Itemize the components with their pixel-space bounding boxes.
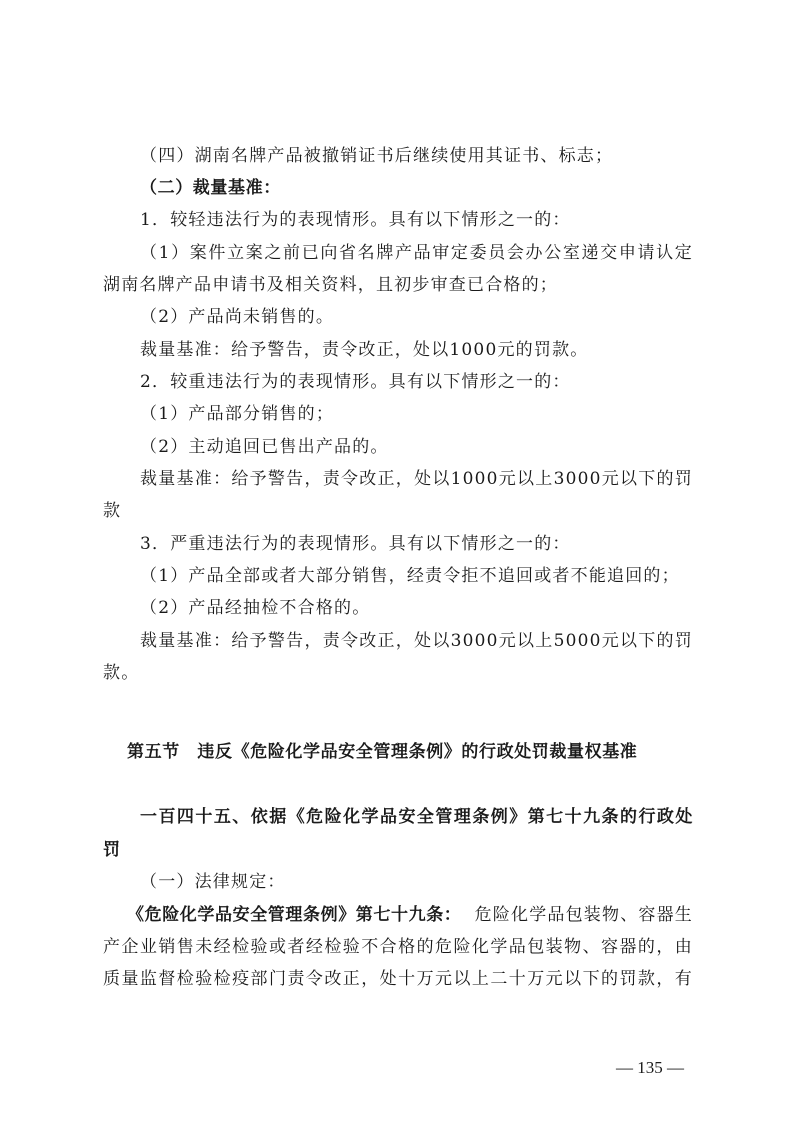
paragraph-line: 款 (103, 501, 121, 521)
paragraph-line: 湖南名牌产品申请书及相关资料，且初步审查已合格的； (103, 275, 558, 295)
article-heading: 一百四十五、依据《危险化学品安全管理条例》第七十九条的行政处 (140, 807, 693, 827)
paragraph-line: 2．较重违法行为的表现情形。具有以下情形之一的： (140, 372, 571, 392)
article-heading-continued: 罚 (103, 840, 121, 860)
legal-provision-label: （一）法律规定： (140, 872, 286, 892)
paragraph-line: 裁量基准：给予警告，责令改正，处以1000元的罚款。 (140, 340, 588, 360)
paragraph-line: （1）案件立案之前已向省名牌产品审定委员会办公室递交申请认定 (140, 243, 693, 263)
section-heading: 第五节 违反《危险化学品安全管理条例》的行政处罚裁量权基准 (127, 742, 637, 762)
provision-line-1: 《危险化学品安全管理条例》第七十九条： 危险化学品包装物、容器生 (127, 905, 693, 925)
paragraph-line: （2）产品经抽检不合格的。 (140, 598, 370, 618)
provision-text: 危险化学品包装物、容器生 (475, 905, 693, 925)
paragraph-line: 3．严重违法行为的表现情形。具有以下情形之一的： (140, 534, 571, 554)
paragraph-line: （2）产品尚未销售的。 (140, 307, 334, 327)
paragraph-line: （四）湖南名牌产品被撤销证书后继续使用其证书、标志； (140, 146, 613, 166)
subsection-heading: （二）裁量基准： (140, 178, 281, 198)
paragraph-line: 裁量基准：给予警告，责令改正，处以1000元以上3000元以下的罚 (140, 469, 693, 489)
provision-line-3: 质量监督检验检疫部门责令改正，处十万元以上二十万元以下的罚款，有 (103, 969, 693, 989)
paragraph-line: （1）产品全部或者大部分销售，经责令拒不追回或者不能追回的； (140, 566, 680, 586)
paragraph-line: 1．较轻违法行为的表现情形。具有以下情形之一的： (140, 210, 571, 230)
paragraph-line: 裁量基准：给予警告，责令改正，处以3000元以上5000元以下的罚 (140, 631, 693, 651)
provision-title: 《危险化学品安全管理条例》第七十九条： (127, 905, 461, 925)
paragraph-line: （1）产品部分销售的； (140, 404, 334, 424)
provision-line-2: 产企业销售未经检验或者经检验不合格的危险化学品包装物、容器的，由 (103, 937, 693, 957)
page-number: — 135 — (616, 1058, 684, 1078)
paragraph-line: （2）主动追回已售出产品的。 (140, 437, 389, 457)
paragraph-line: 款。 (103, 663, 139, 683)
